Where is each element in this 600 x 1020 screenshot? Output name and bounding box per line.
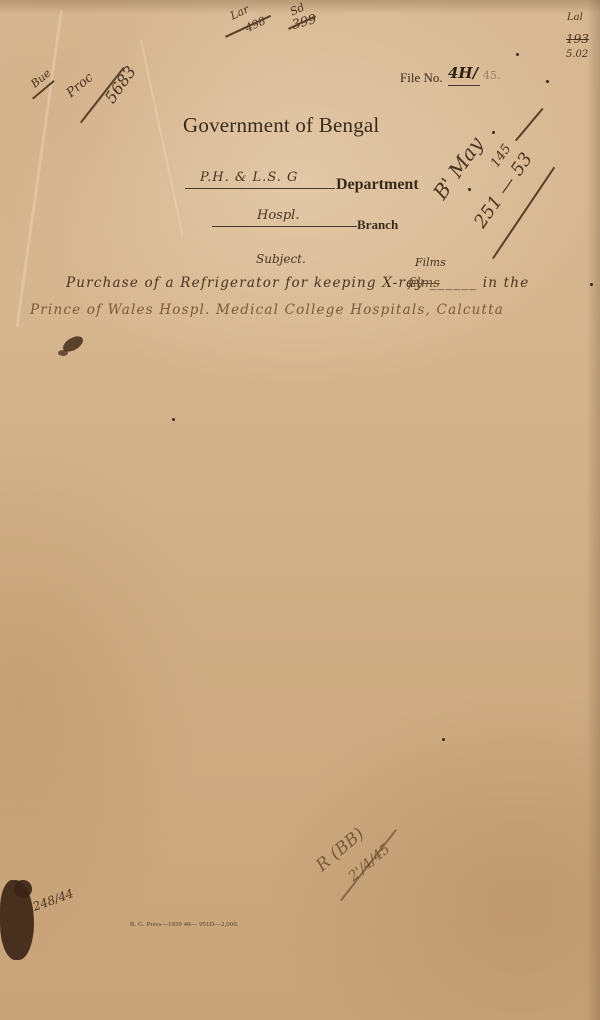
annotation-corner-2: 193 (566, 32, 589, 46)
subject-struck-word: films (408, 276, 440, 291)
subject-correction: Films (415, 256, 446, 269)
ink-dot (172, 418, 175, 421)
file-number-rule (448, 85, 480, 86)
ink-dot (442, 738, 445, 741)
department-value: P.H. & L.S. G (200, 170, 298, 185)
department-label: Department (336, 176, 419, 194)
subject-line-1: Purchase of a Refrigerator for keeping X… (66, 275, 529, 291)
ink-dot (590, 283, 593, 286)
paper-right-edge (586, 0, 600, 1020)
branch-value: Hospl. (257, 208, 299, 223)
file-number-label: File No. (400, 70, 443, 86)
ink-stain (58, 350, 68, 356)
ink-dot (546, 80, 549, 83)
subject-label: Subject. (256, 252, 306, 266)
document-title: Government of Bengal (183, 113, 379, 138)
ink-dot (492, 131, 495, 134)
branch-label: Branch (357, 217, 398, 233)
branch-rule (212, 226, 357, 227)
annotation-corner-1: Lal (567, 12, 583, 23)
ink-dot (516, 53, 519, 56)
subject-line-2: Prince of Wales Hospl. Medical College H… (30, 302, 504, 318)
press-mark: B. G. Press—1939 40— 951D—2,000. (130, 921, 239, 928)
ink-dot (468, 188, 471, 191)
file-number-value: 4H/ (448, 64, 478, 82)
department-rule (185, 188, 335, 189)
file-number-year: 45. (483, 69, 501, 82)
ink-stain (14, 880, 32, 898)
annotation-corner-3: 5.02 (566, 49, 588, 60)
